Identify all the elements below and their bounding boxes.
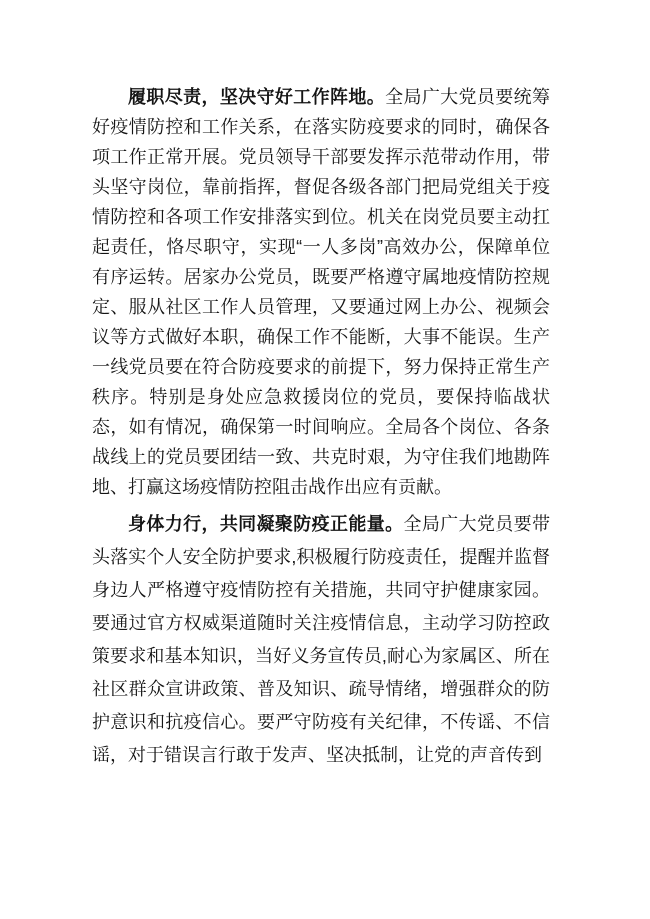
document-body: 履职尽责，坚决守好工作阵地。全局广大党员要统筹好疫情防控和工作关系，在落实防疫要…: [0, 0, 650, 772]
text-run-sans: 全局广大党员要统筹好疫情防控和工作关系，在落实防疫要求的同时，确保各项工作正常开…: [92, 87, 550, 407]
paragraph-positive-energy: 身体力行，共同凝聚防疫正能量。全局广大党员要带头落实个人安全防护要求,积极履行防…: [92, 508, 550, 772]
text-run-bold: 履职尽责，坚决守好工作阵地。: [128, 87, 385, 107]
text-run-bold: 身体力行，共同凝聚防疫正能量。: [128, 514, 403, 534]
paragraph-duty-post: 履职尽责，坚决守好工作阵地。全局广大党员要统筹好疫情防控和工作关系，在落实防疫要…: [92, 82, 550, 502]
document-page: 履职尽责，坚决守好工作阵地。全局广大党员要统筹好疫情防控和工作关系，在落实防疫要…: [0, 0, 650, 919]
text-run-sans: 当好义务宣传员,: [255, 646, 387, 666]
